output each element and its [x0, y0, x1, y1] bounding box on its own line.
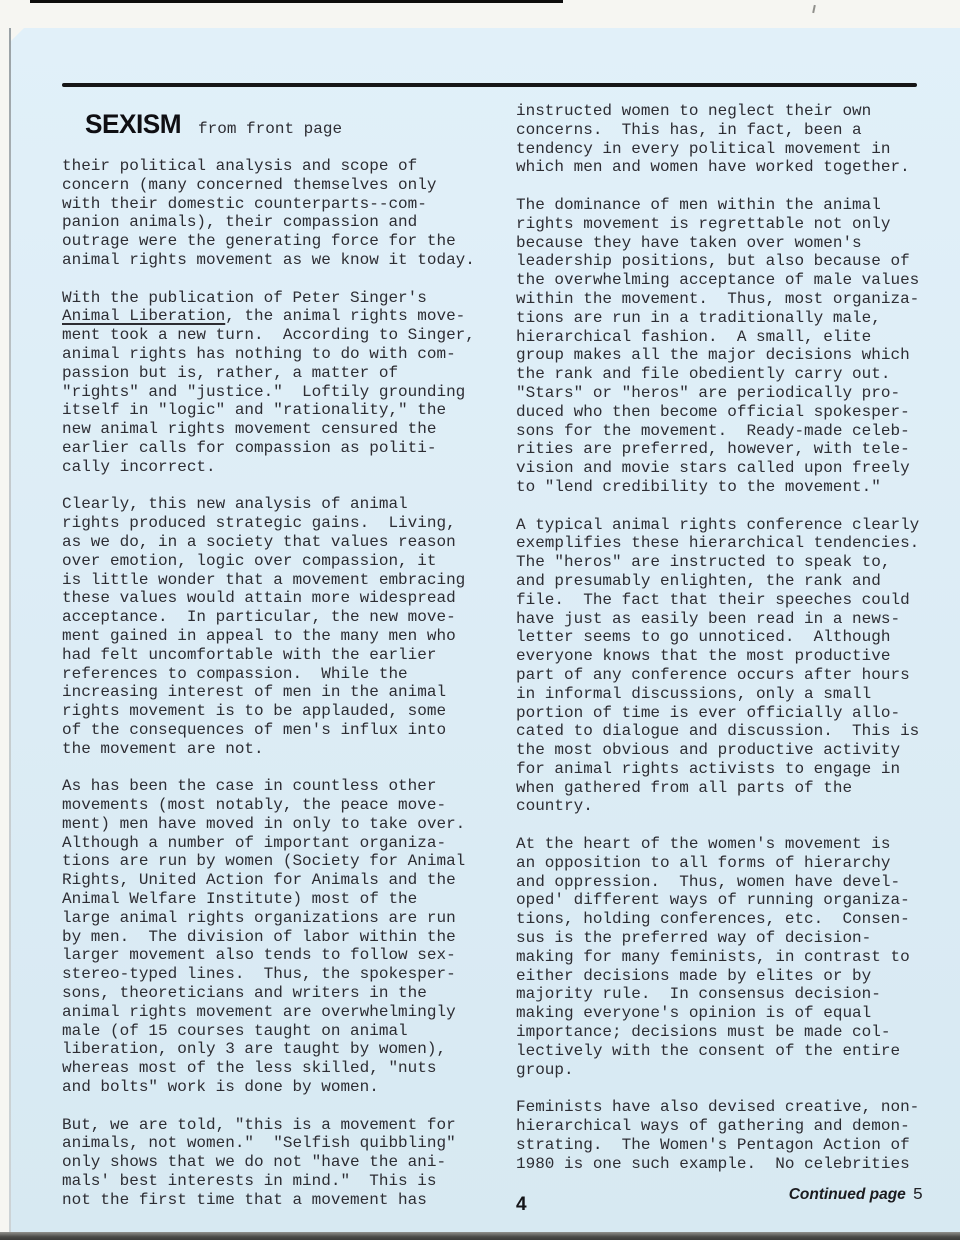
paragraph: The dominance of men within the animal r…: [516, 196, 944, 497]
paragraph: At the heart of the women's movement is …: [516, 835, 944, 1079]
paragraph: But, we are told, "this is a movement fo…: [62, 1116, 490, 1210]
header-divider-rule: [62, 83, 917, 87]
paragraph-text: , the animal rights move- ment took a ne…: [62, 307, 475, 475]
paragraph: Clearly, this new analysis of animal rig…: [62, 495, 490, 758]
article-header: SEXISM from front page: [85, 111, 342, 138]
paragraph-text: With the publication of Peter Singer's: [62, 289, 427, 307]
article-continuation-note: from front page: [198, 120, 342, 138]
newsletter-page: SEXISM from front page their political a…: [11, 28, 960, 1232]
scan-top-edge-line: [30, 0, 563, 3]
scan-artifact-mark: [812, 5, 816, 13]
paragraph: With the publication of Peter Singer's A…: [62, 289, 490, 477]
paragraph: A typical animal rights conference clear…: [516, 516, 944, 817]
scan-bottom-edge-bar: [0, 1232, 960, 1240]
article-title: SEXISM: [85, 111, 181, 138]
continued-note: Continued page 5: [789, 1186, 923, 1205]
paragraph: their political analysis and scope of co…: [62, 157, 490, 270]
right-column: instructed women to neglect their own co…: [516, 102, 944, 1192]
book-title-underlined: Animal Liberation: [62, 307, 225, 325]
continued-label: Continued page: [789, 1186, 906, 1204]
continued-page-number: 5: [913, 1186, 923, 1205]
paragraph: As has been the case in countless other …: [62, 777, 490, 1097]
left-column: their political analysis and scope of co…: [62, 157, 490, 1228]
page-corner-curl: [11, 28, 24, 41]
paragraph: Feminists have also devised creative, no…: [516, 1098, 944, 1173]
paragraph: instructed women to neglect their own co…: [516, 102, 944, 177]
page-number: 4: [516, 1194, 527, 1216]
